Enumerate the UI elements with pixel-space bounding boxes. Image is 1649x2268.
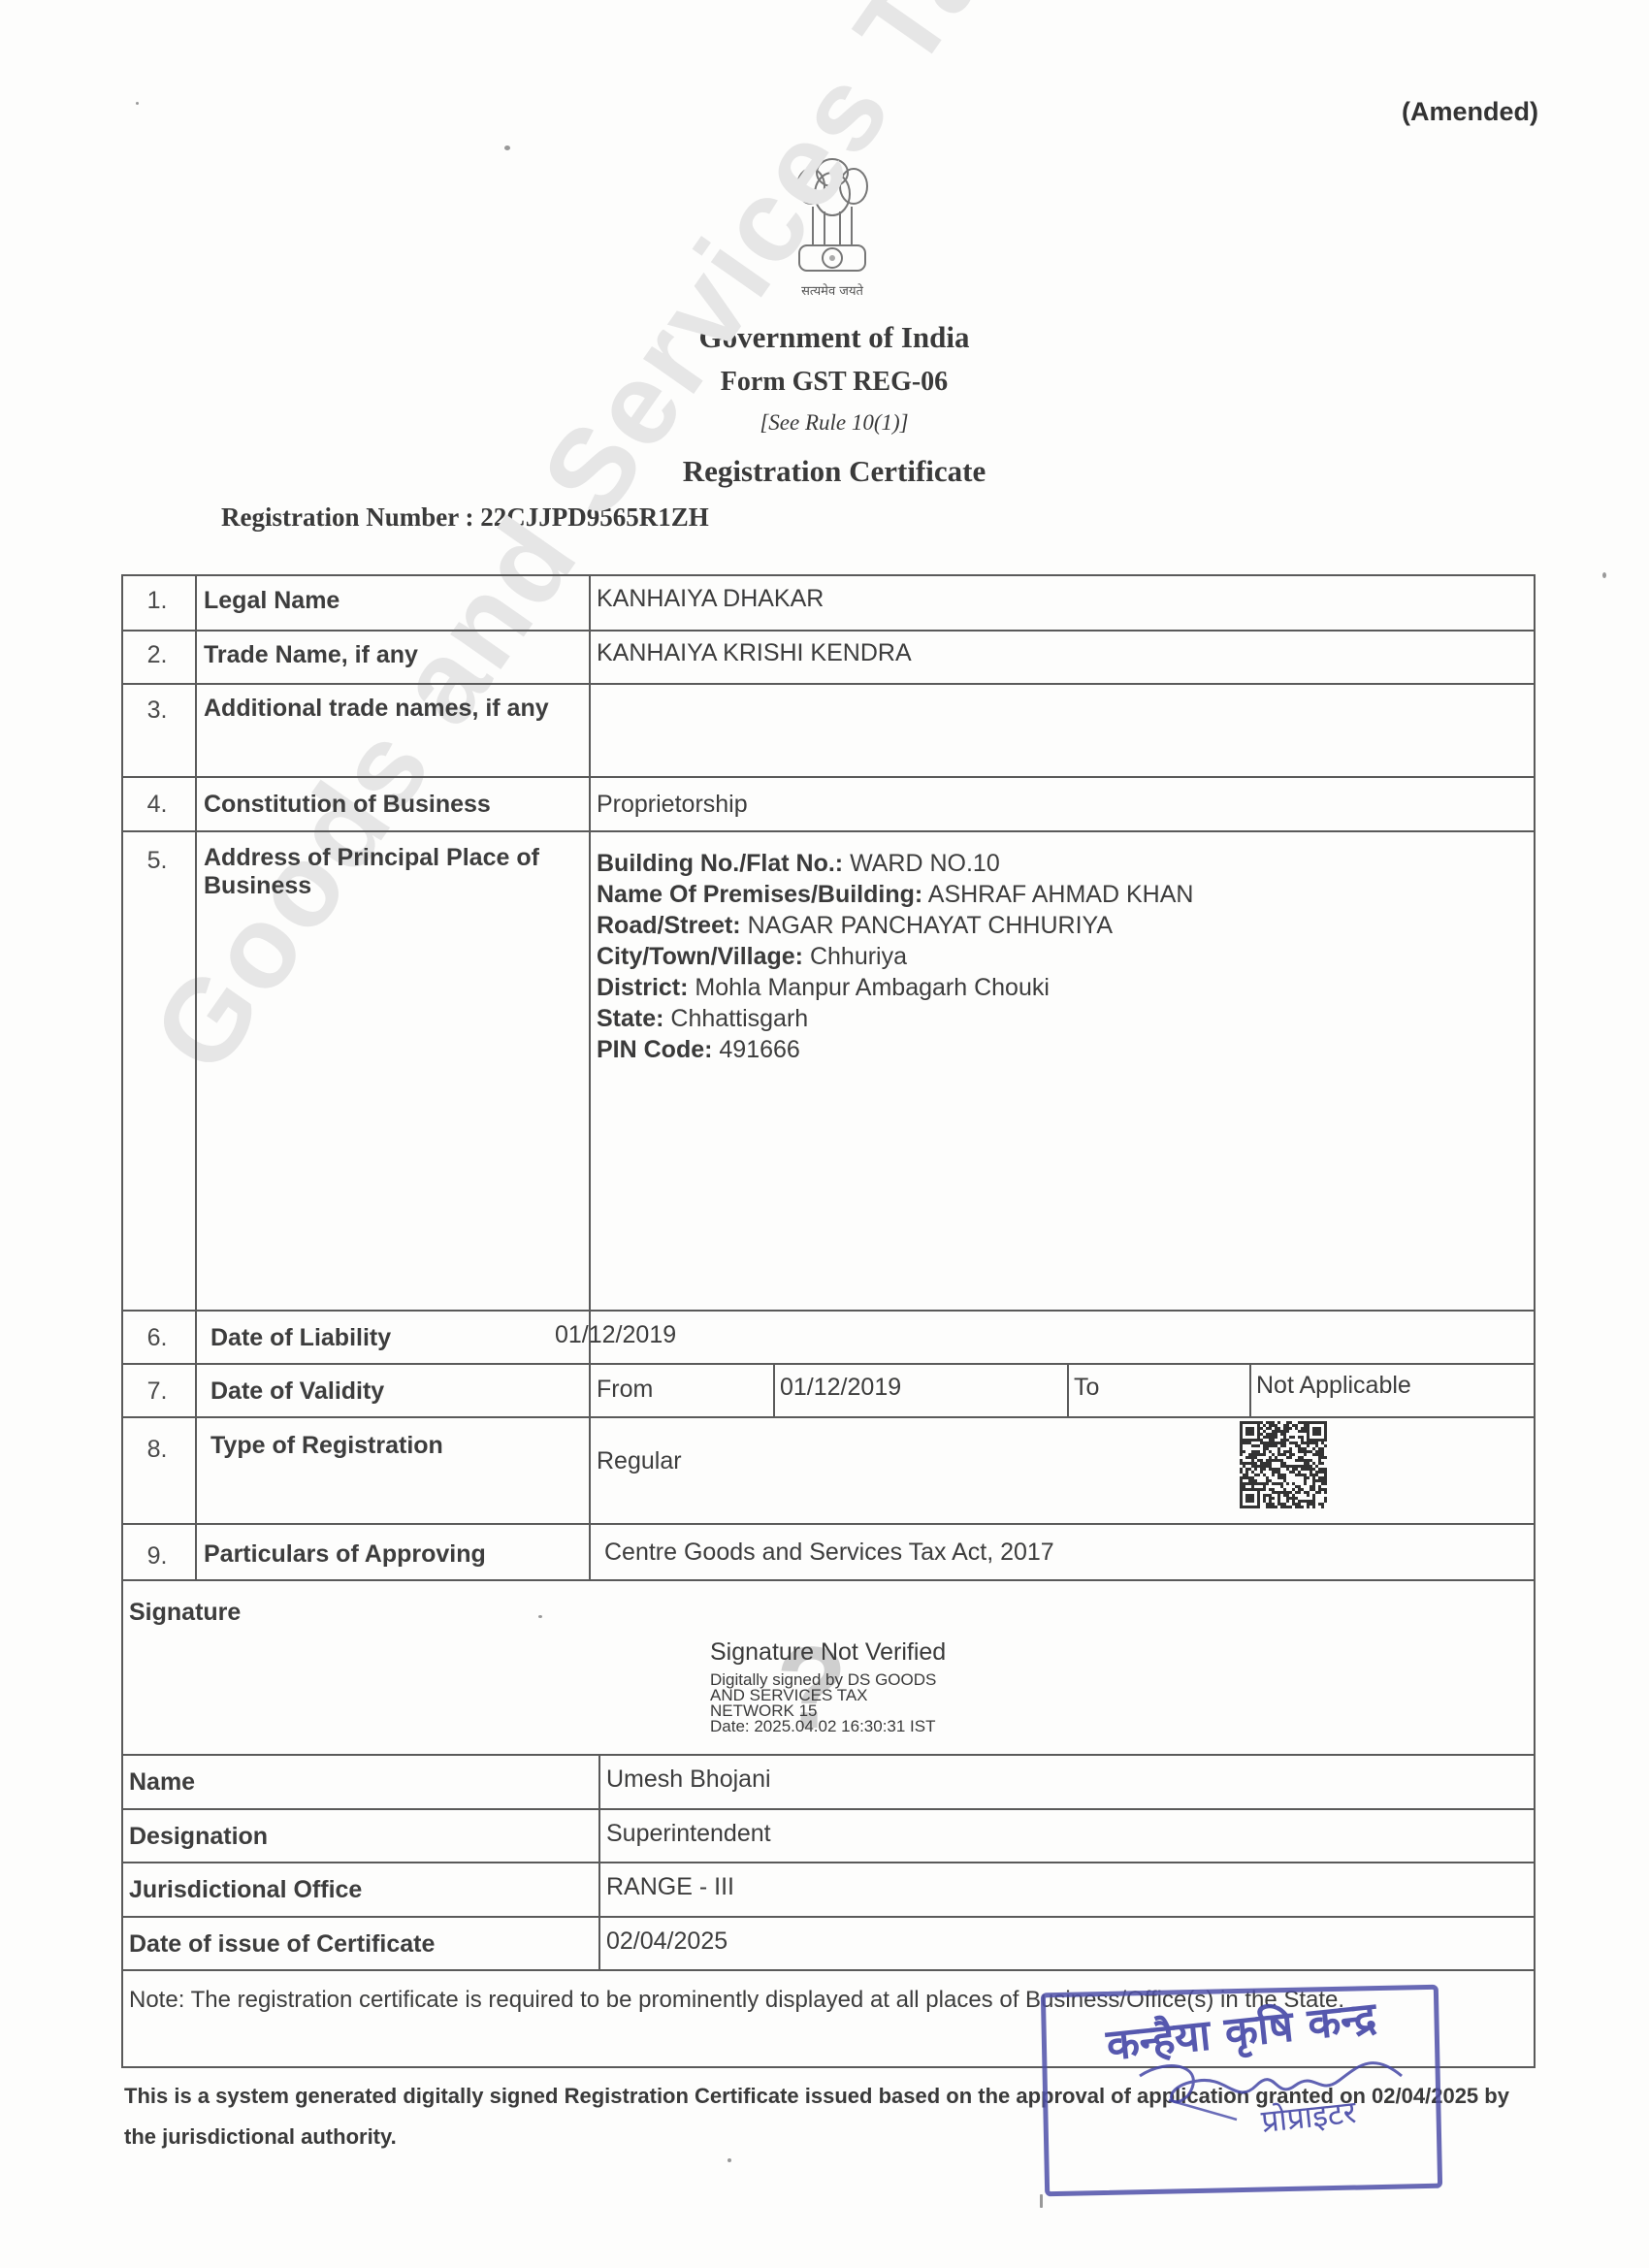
date-of-liability-label: Date of Liability [210, 1324, 391, 1352]
trade-name-value: KANHAIYA KRISHI KENDRA [597, 639, 912, 667]
address-line: State: Chhattisgarh [597, 1003, 1193, 1034]
particulars-value: Centre Goods and Services Tax Act, 2017 [604, 1539, 1054, 1567]
row-number: 6. [123, 1324, 191, 1352]
certificate-title: Registration Certificate [0, 454, 1649, 489]
address-block: Building No./Flat No.: WARD NO.10 Name O… [597, 848, 1193, 1065]
date-of-liability-value: 01/12/2019 [555, 1321, 676, 1349]
issue-date-value: 02/04/2025 [606, 1928, 727, 1956]
constitution-label: Constitution of Business [204, 791, 491, 819]
address-line: PIN Code: 491666 [597, 1034, 1193, 1065]
digital-signature-block: Signature Not Verified Digitally signed … [710, 1637, 946, 1734]
additional-trade-names-label: Additional trade names, if any [204, 695, 572, 723]
amended-label: (Amended) [1402, 97, 1538, 127]
officer-name-label: Name [129, 1768, 195, 1797]
address-line: Name Of Premises/Building: ASHRAF AHMAD … [597, 879, 1193, 910]
registration-type-label: Type of Registration [210, 1432, 443, 1460]
signature-status: Signature Not Verified [710, 1637, 946, 1667]
rule-reference: [See Rule 10(1)] [0, 410, 1649, 436]
trade-name-label: Trade Name, if any [204, 641, 418, 669]
particulars-label: Particulars of Approving [204, 1540, 486, 1569]
qr-code-icon [1240, 1421, 1327, 1508]
address-line: Road/Street: NAGAR PANCHAYAT CHHURIYA [597, 910, 1193, 941]
row-number: 4. [123, 791, 191, 819]
date-of-validity-label: Date of Validity [210, 1377, 384, 1406]
registration-number-label: Registration Number : [221, 502, 473, 532]
row-number: 7. [123, 1377, 191, 1406]
validity-to-value: Not Applicable [1256, 1372, 1411, 1400]
row-number: 9. [123, 1542, 191, 1571]
jurisdictional-office-label: Jurisdictional Office [129, 1876, 362, 1904]
address-label: Address of Principal Place of Business [204, 844, 587, 900]
jurisdictional-office-value: RANGE - III [606, 1873, 734, 1901]
registration-type-value: Regular [597, 1447, 682, 1475]
row-number: 2. [123, 641, 191, 669]
signature-line: Date: 2025.04.02 16:30:31 IST [710, 1719, 946, 1734]
validity-to-label: To [1074, 1374, 1099, 1402]
legal-name-value: KANHAIYA DHAKAR [597, 585, 824, 613]
officer-name-value: Umesh Bhojani [606, 1766, 771, 1794]
constitution-value: Proprietorship [597, 791, 748, 819]
legal-name-label: Legal Name [204, 587, 339, 615]
validity-from-label: From [597, 1376, 653, 1404]
row-number: 3. [123, 697, 191, 725]
signature-label: Signature [129, 1599, 241, 1627]
address-line: District: Mohla Manpur Ambagarh Chouki [597, 972, 1193, 1003]
designation-label: Designation [129, 1823, 268, 1851]
issue-date-label: Date of issue of Certificate [129, 1930, 435, 1959]
form-title: Form GST REG-06 [0, 367, 1649, 398]
row-number: 1. [123, 587, 191, 615]
government-heading: Government of India [0, 320, 1649, 355]
address-line: Building No./Flat No.: WARD NO.10 [597, 848, 1193, 879]
designation-value: Superintendent [606, 1820, 771, 1848]
address-line: City/Town/Village: Chhuriya [597, 941, 1193, 972]
validity-from-value: 01/12/2019 [780, 1374, 901, 1402]
row-number: 5. [123, 847, 191, 875]
row-number: 8. [123, 1436, 191, 1464]
